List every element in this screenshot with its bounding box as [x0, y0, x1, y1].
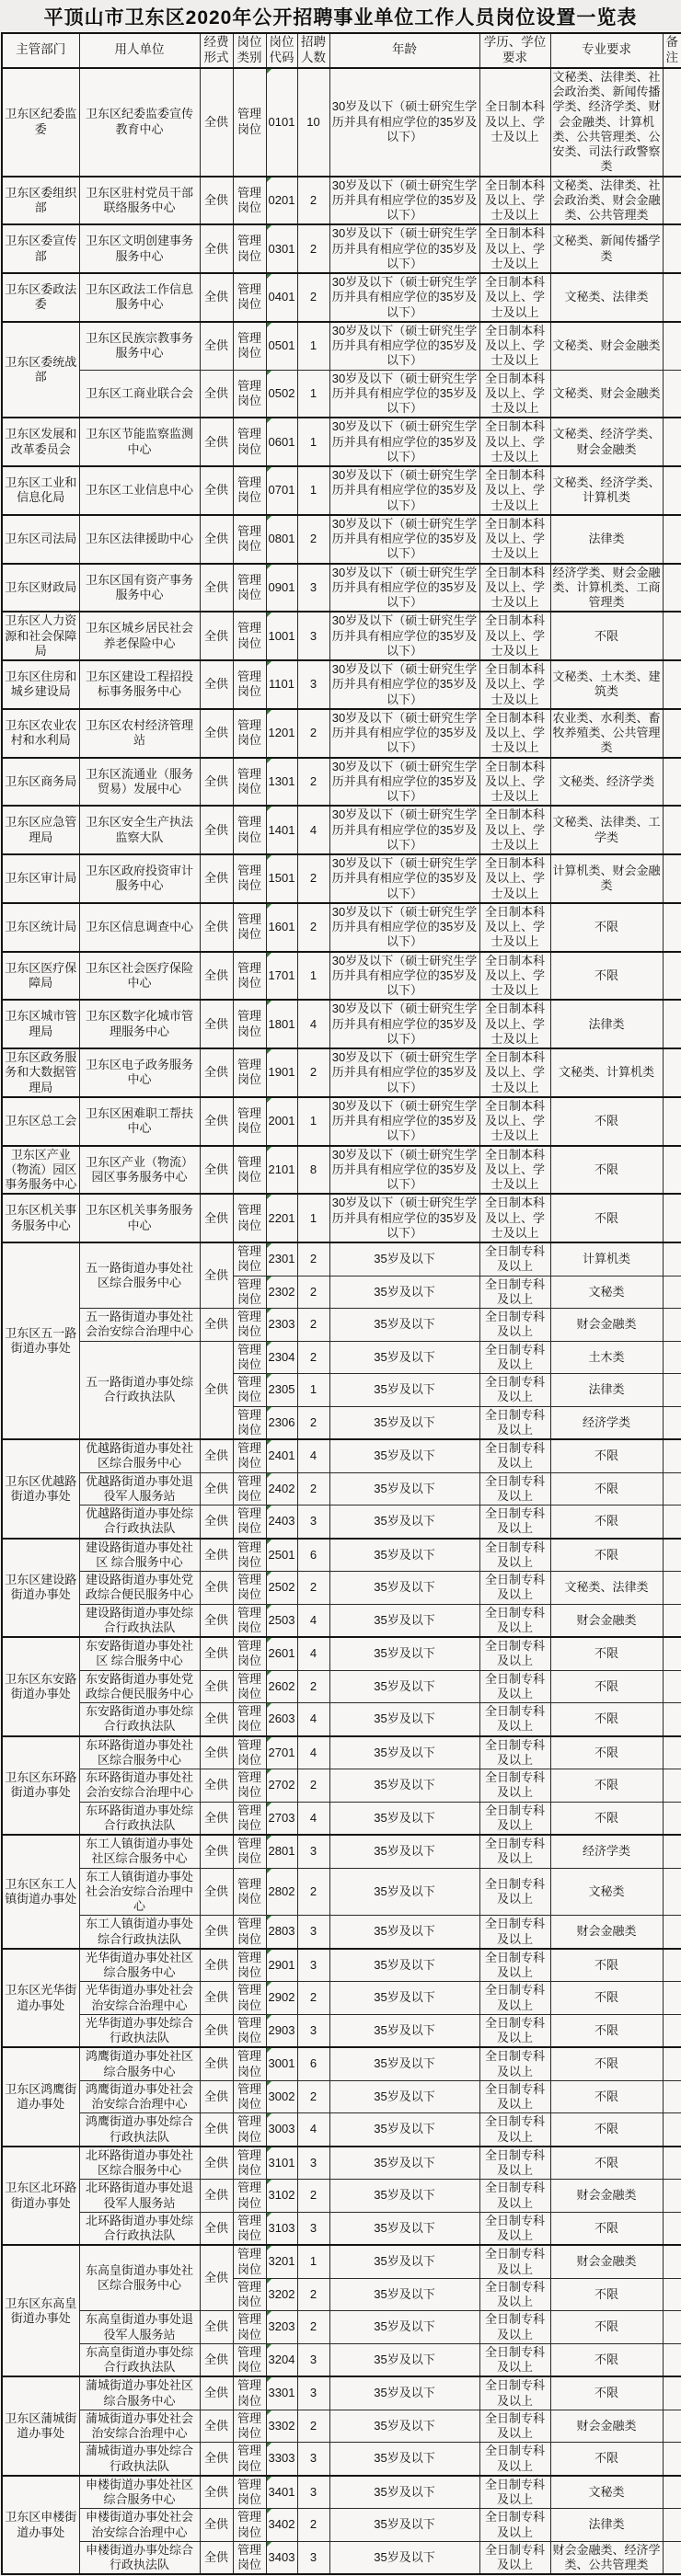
- note-cell: [663, 2180, 681, 2213]
- unit-cell: 卫东区文明创建事务服务中心: [79, 224, 200, 273]
- unit-cell: 东工人镇街道办事处社会治安综合治理中心: [79, 1868, 200, 1916]
- education-cell: 全日制专科及以上: [479, 1769, 550, 1803]
- major-cell: 文秘类、经济学类、财会金融类: [550, 418, 663, 466]
- table-row: 卫东区机关事务服务中心卫东区机关事务服务中心全供管理岗位2201130岁及以下（…: [2, 1194, 681, 1242]
- funding-cell: 全供: [200, 612, 233, 660]
- age-cell: 30岁及以下（硕士研究生学历并具有相应学位的35岁及以下）: [329, 952, 479, 1001]
- code-cell: 2903: [266, 2014, 297, 2047]
- note-cell: [663, 1539, 681, 1572]
- category-cell: 管理岗位: [233, 2376, 266, 2410]
- funding-cell: 全供: [200, 370, 233, 418]
- unit-cell: 卫东区机关事务服务中心: [79, 1194, 200, 1242]
- note-cell: [663, 1000, 681, 1048]
- category-cell: 管理岗位: [233, 1670, 266, 1703]
- category-cell: 管理岗位: [233, 1146, 266, 1195]
- major-cell: 不限: [550, 2212, 663, 2245]
- note-cell: [663, 1982, 681, 2015]
- note-cell: [663, 1276, 681, 1309]
- education-cell: 全日制专科及以上: [479, 1242, 550, 1276]
- major-cell: 不限: [550, 1802, 663, 1835]
- age-cell: 35岁及以下: [329, 1309, 479, 1342]
- unit-cell: 申楼街道办事处社会治安综合治理中心: [79, 2509, 200, 2542]
- unit-cell: 优越路街道办事处综合行政执法队: [79, 1506, 200, 1539]
- education-cell: 全日制本科及以上、学士及以上: [479, 564, 550, 613]
- table-row: 卫东区东环路街道办事处东环路街道办事处社区综合服务中心全供管理岗位2701435…: [2, 1736, 681, 1769]
- funding-cell: 全供: [200, 1341, 233, 1439]
- age-cell: 35岁及以下: [329, 1572, 479, 1605]
- code-cell: 2001: [266, 1097, 297, 1146]
- table-row: 卫东区鸿鹰街道办事处鸿鹰街道办事处社区综合服务中心全供管理岗位3001635岁及…: [2, 2047, 681, 2080]
- major-cell: 文秘类、经济学类: [550, 758, 663, 807]
- major-cell: 财会金融类: [550, 1916, 663, 1949]
- table-row: 优越路街道办事处综合行政执法队全供管理岗位2403335岁及以下全日制专科及以上…: [2, 1506, 681, 1539]
- note-cell: [663, 1048, 681, 1097]
- count-cell: 1: [297, 1194, 329, 1242]
- count-cell: 4: [297, 1637, 329, 1670]
- table-row: 东工人镇街道办事处社会治安综合治理中心全供管理岗位2802235岁及以下全日制专…: [2, 1868, 681, 1916]
- note-cell: [663, 1769, 681, 1803]
- code-cell: 0601: [266, 418, 297, 466]
- count-cell: 3: [297, 564, 329, 613]
- major-cell: 不限: [550, 1703, 663, 1736]
- excel-flag-icon: [267, 855, 271, 860]
- education-cell: 全日制本科及以上、学士及以上: [479, 322, 550, 370]
- department-cell: 卫东区农业农村和水利局: [2, 709, 79, 758]
- count-cell: 3: [297, 1916, 329, 1949]
- table-row: 卫东区应急管理局卫东区安全生产执法监察大队全供管理岗位1401430岁及以下（硕…: [2, 806, 681, 854]
- funding-cell: 全供: [200, 1637, 233, 1670]
- education-cell: 全日制本科及以上、学士及以上: [479, 1194, 550, 1242]
- education-cell: 全日制专科及以上: [479, 2080, 550, 2113]
- unit-cell: 光华街道办事处综合行政执法队: [79, 2014, 200, 2047]
- excel-flag-icon: [267, 1195, 271, 1199]
- major-cell: 不限: [550, 1506, 663, 1539]
- funding-cell: 全供: [200, 1916, 233, 1949]
- code-cell: 0501: [266, 322, 297, 370]
- excel-flag-icon: [267, 807, 271, 811]
- major-cell: 不限: [550, 1982, 663, 2015]
- count-cell: 2: [297, 1572, 329, 1605]
- category-cell: 管理岗位: [233, 564, 266, 613]
- department-cell: 卫东区鸿鹰街道办事处: [2, 2047, 79, 2147]
- note-cell: [663, 952, 681, 1001]
- code-cell: 3102: [266, 2180, 297, 2213]
- count-cell: 2: [297, 1406, 329, 1439]
- funding-cell: 全供: [200, 2376, 233, 2410]
- major-cell: 文秘类、计算机类: [550, 1048, 663, 1097]
- major-cell: 财会金融类、经济学类、公共管理类: [550, 2541, 663, 2574]
- age-cell: 30岁及以下（硕士研究生学历并具有相应学位的35岁及以下）: [329, 1097, 479, 1146]
- category-cell: 管理岗位: [233, 1604, 266, 1637]
- education-cell: 全日制专科及以上: [479, 2212, 550, 2245]
- education-cell: 全日制专科及以上: [479, 2541, 550, 2574]
- funding-cell: 全供: [200, 1604, 233, 1637]
- education-cell: 全日制专科及以上: [479, 2311, 550, 2344]
- excel-flag-icon: [267, 418, 271, 423]
- category-cell: 管理岗位: [233, 903, 266, 952]
- table-row: 鸿鹰街道办事处综合行政执法队全供管理岗位3003435岁及以下全日制专科及以上不…: [2, 2113, 681, 2147]
- excel-flag-icon: [267, 274, 271, 279]
- code-cell: 0801: [266, 515, 297, 564]
- education-cell: 全日制专科及以上: [479, 1637, 550, 1670]
- funding-cell: 全供: [200, 1670, 233, 1703]
- note-cell: [663, 68, 681, 177]
- major-cell: 文秘类、新闻传播学类: [550, 224, 663, 273]
- note-cell: [663, 709, 681, 758]
- age-cell: 35岁及以下: [329, 1276, 479, 1309]
- funding-cell: 全供: [200, 1506, 233, 1539]
- department-cell: 卫东区总工会: [2, 1097, 79, 1146]
- code-cell: 0502: [266, 370, 297, 418]
- major-cell: 计算机类、财会金融类: [550, 854, 663, 903]
- unit-cell: 东环路街道办事处社会治安综合治理中心: [79, 1769, 200, 1803]
- major-cell: 不限: [550, 952, 663, 1001]
- age-cell: 35岁及以下: [329, 2014, 479, 2047]
- note-cell: [663, 1949, 681, 1982]
- excel-flag-icon: [267, 1605, 271, 1609]
- major-cell: 不限: [550, 2443, 663, 2476]
- unit-cell: 卫东区信息调查中心: [79, 903, 200, 952]
- excel-flag-icon: [267, 177, 271, 182]
- education-cell: 全日制专科及以上: [479, 1506, 550, 1539]
- major-cell: 文秘类: [550, 1868, 663, 1916]
- table-row: 北环路街道办事处综合行政执法队全供管理岗位3103335岁及以下全日制专科及以上…: [2, 2212, 681, 2245]
- code-cell: 0901: [266, 564, 297, 613]
- age-cell: 35岁及以下: [329, 1604, 479, 1637]
- column-header-funding: 经费形式: [200, 33, 233, 68]
- funding-cell: 全供: [200, 322, 233, 370]
- note-cell: [663, 322, 681, 370]
- table-row: 卫东区城市管理局卫东区数字化城市管理服务中心全供管理岗位1801430岁及以下（…: [2, 1000, 681, 1048]
- age-cell: 30岁及以下（硕士研究生学历并具有相应学位的35岁及以下）: [329, 612, 479, 660]
- major-cell: 文秘类、财会金融类: [550, 322, 663, 370]
- code-cell: 0701: [266, 466, 297, 515]
- category-cell: 管理岗位: [233, 1802, 266, 1835]
- count-cell: 3: [297, 2376, 329, 2410]
- unit-cell: 五一路街道办事处社区综合服务中心: [79, 1242, 200, 1309]
- age-cell: 35岁及以下: [329, 1670, 479, 1703]
- code-cell: 2302: [266, 1276, 297, 1309]
- excel-flag-icon: [267, 904, 271, 909]
- note-cell: [663, 2113, 681, 2147]
- major-cell: 不限: [550, 2311, 663, 2344]
- department-cell: 卫东区司法局: [2, 515, 79, 564]
- education-cell: 全日制专科及以上: [479, 1835, 550, 1868]
- category-cell: 管理岗位: [233, 1916, 266, 1949]
- note-cell: [663, 1439, 681, 1472]
- code-cell: 2502: [266, 1572, 297, 1605]
- education-cell: 全日制本科及以上、学士及以上: [479, 273, 550, 322]
- funding-cell: 全供: [200, 224, 233, 273]
- category-cell: 管理岗位: [233, 2147, 266, 2180]
- table-row: 卫东区审计局卫东区政府投资审计服务中心全供管理岗位1501230岁及以下（硕士研…: [2, 854, 681, 903]
- excel-flag-icon: [267, 2113, 271, 2118]
- table-row: 卫东区政务服务和大数据管理局卫东区电子政务服务中心全供管理岗位1901230岁及…: [2, 1048, 681, 1097]
- count-cell: 3: [297, 660, 329, 709]
- excel-flag-icon: [267, 1374, 271, 1379]
- note-cell: [663, 370, 681, 418]
- category-cell: 管理岗位: [233, 1637, 266, 1670]
- note-cell: [663, 1736, 681, 1769]
- category-cell: 管理岗位: [233, 177, 266, 225]
- count-cell: 4: [297, 1604, 329, 1637]
- category-cell: 管理岗位: [233, 1000, 266, 1048]
- funding-cell: 全供: [200, 2343, 233, 2376]
- education-cell: 全日制本科及以上、学士及以上: [479, 515, 550, 564]
- funding-cell: 全供: [200, 709, 233, 758]
- funding-cell: 全供: [200, 418, 233, 466]
- table-row: 申楼街道办事处社会治安综合治理中心全供管理岗位3402235岁及以下全日制专科及…: [2, 2509, 681, 2542]
- excel-flag-icon: [267, 2213, 271, 2217]
- count-cell: 2: [297, 1309, 329, 1342]
- funding-cell: 全供: [200, 1769, 233, 1803]
- count-cell: 3: [297, 2343, 329, 2376]
- major-cell: 财会金融类: [550, 2180, 663, 2213]
- funding-cell: 全供: [200, 1703, 233, 1736]
- unit-cell: 光华街道办事处社区综合服务中心: [79, 1949, 200, 1982]
- unit-cell: 卫东区建设工程招投标事务服务中心: [79, 660, 200, 709]
- note-cell: [663, 660, 681, 709]
- count-cell: 2: [297, 1341, 329, 1374]
- code-cell: 2701: [266, 1736, 297, 1769]
- category-cell: 管理岗位: [233, 1769, 266, 1803]
- category-cell: 管理岗位: [233, 1194, 266, 1242]
- count-cell: 1: [297, 2245, 329, 2278]
- excel-flag-icon: [267, 2477, 271, 2481]
- code-cell: 2304: [266, 1341, 297, 1374]
- excel-flag-icon: [267, 2542, 271, 2547]
- code-cell: 2303: [266, 1309, 297, 1342]
- major-cell: 不限: [550, 2343, 663, 2376]
- funding-cell: 全供: [200, 1194, 233, 1242]
- major-cell: 文秘类、财会金融类: [550, 370, 663, 418]
- funding-cell: 全供: [200, 1439, 233, 1472]
- count-cell: 2: [297, 1472, 329, 1506]
- table-row: 卫东区申楼街道办事处申楼街道办事处社区综合服务中心全供管理岗位3401335岁及…: [2, 2476, 681, 2509]
- unit-cell: 申楼街道办事处综合行政执法队: [79, 2541, 200, 2574]
- table-row: 五一路街道办事处综合行政执法队全供管理岗位2304235岁及以下全日制专科及以上…: [2, 1341, 681, 1374]
- major-cell: 计算机类: [550, 1242, 663, 1276]
- excel-flag-icon: [267, 2509, 271, 2513]
- count-cell: 2: [297, 2410, 329, 2443]
- department-cell: 卫东区东工人镇街道办事处: [2, 1835, 79, 1949]
- code-cell: 2201: [266, 1194, 297, 1242]
- table-row: 卫东区北环路街道办事处北环路街道办事处社区综合服务中心全供管理岗位3101335…: [2, 2147, 681, 2180]
- count-cell: 2: [297, 2509, 329, 2542]
- category-cell: 管理岗位: [233, 1341, 266, 1374]
- table-row: 优越路街道办事处退役军人服务站全供管理岗位2402235岁及以下全日制专科及以上…: [2, 1472, 681, 1506]
- age-cell: 35岁及以下: [329, 2476, 479, 2509]
- code-cell: 1701: [266, 952, 297, 1001]
- count-cell: 3: [297, 2541, 329, 2574]
- unit-cell: 东工人镇街道办事处综合行政执法队: [79, 1916, 200, 1949]
- department-cell: 卫东区工业和信息化局: [2, 466, 79, 515]
- major-cell: 文秘类、法律类、工学类: [550, 806, 663, 854]
- table-row: 卫东区委组织部卫东区驻村党员干部联络服务中心全供管理岗位0201230岁及以下（…: [2, 177, 681, 225]
- code-cell: 0401: [266, 273, 297, 322]
- department-cell: 卫东区政务服务和大数据管理局: [2, 1048, 79, 1097]
- note-cell: [663, 1472, 681, 1506]
- category-cell: 管理岗位: [233, 2410, 266, 2443]
- age-cell: 35岁及以下: [329, 2113, 479, 2147]
- note-cell: [663, 2047, 681, 2080]
- table-row: 光华街道办事处社会治安综合治理中心全供管理岗位2902235岁及以下全日制专科及…: [2, 1982, 681, 2015]
- code-cell: 3402: [266, 2509, 297, 2542]
- code-cell: 3201: [266, 2245, 297, 2278]
- count-cell: 1: [297, 418, 329, 466]
- unit-cell: 鸿鹰街道办事处综合行政执法队: [79, 2113, 200, 2147]
- excel-flag-icon: [267, 953, 271, 957]
- funding-cell: 全供: [200, 2080, 233, 2113]
- category-cell: 管理岗位: [233, 2047, 266, 2080]
- age-cell: 35岁及以下: [329, 2047, 479, 2080]
- category-cell: 管理岗位: [233, 1835, 266, 1868]
- education-cell: 全日制专科及以上: [479, 1472, 550, 1506]
- table-row: 卫东区人力资源和社会保障局卫东区城乡居民社会养老保险中心全供管理岗位100133…: [2, 612, 681, 660]
- note-cell: [663, 1604, 681, 1637]
- category-cell: 管理岗位: [233, 2180, 266, 2213]
- table-row: 卫东区农业农村和水利局卫东区农村经济管理站全供管理岗位1201230岁及以下（硕…: [2, 709, 681, 758]
- unit-cell: 东高皇街道办事处社区综合服务中心: [79, 2245, 200, 2311]
- major-cell: 文秘类: [550, 1276, 663, 1309]
- unit-cell: 优越路街道办事处退役军人服务站: [79, 1472, 200, 1506]
- unit-cell: 鸿鹰街道办事处社区综合服务中心: [79, 2047, 200, 2080]
- major-cell: 土木类: [550, 1341, 663, 1374]
- education-cell: 全日制专科及以上: [479, 1276, 550, 1309]
- age-cell: 35岁及以下: [329, 2541, 479, 2574]
- unit-cell: 北环路街道办事处退役军人服务站: [79, 2180, 200, 2213]
- age-cell: 35岁及以下: [329, 2410, 479, 2443]
- note-cell: [663, 177, 681, 225]
- code-cell: 3002: [266, 2080, 297, 2113]
- excel-flag-icon: [267, 1638, 271, 1643]
- age-cell: 35岁及以下: [329, 1374, 479, 1407]
- education-cell: 全日制专科及以上: [479, 1949, 550, 1982]
- department-cell: 卫东区委统战部: [2, 322, 79, 418]
- unit-cell: 东高皇街道办事处退役军人服务站: [79, 2311, 200, 2344]
- code-cell: 0301: [266, 224, 297, 273]
- code-cell: 3203: [266, 2311, 297, 2344]
- department-cell: 卫东区东高皇街道办事处: [2, 2245, 79, 2376]
- code-cell: 2301: [266, 1242, 297, 1276]
- note-cell: [663, 1670, 681, 1703]
- code-cell: 3204: [266, 2343, 297, 2376]
- code-cell: 2403: [266, 1506, 297, 1539]
- category-cell: 管理岗位: [233, 1097, 266, 1146]
- category-cell: 管理岗位: [233, 273, 266, 322]
- department-cell: 卫东区委宣传部: [2, 224, 79, 273]
- education-cell: 全日制本科及以上、学士及以上: [479, 903, 550, 952]
- age-cell: 35岁及以下: [329, 1341, 479, 1374]
- unit-cell: 申楼街道办事处社区综合服务中心: [79, 2476, 200, 2509]
- column-header-unit: 用人单位: [79, 33, 200, 68]
- table-row: 卫东区产业（物流）园区事务服务中心卫东区产业（物流）园区事务服务中心全供管理岗位…: [2, 1146, 681, 1195]
- funding-cell: 全供: [200, 466, 233, 515]
- table-row: 东安路街道办事处综合行政执法队全供管理岗位2603435岁及以下全日制专科及以上…: [2, 1703, 681, 1736]
- major-cell: 不限: [550, 903, 663, 952]
- count-cell: 2: [297, 758, 329, 807]
- note-cell: [663, 1506, 681, 1539]
- department-cell: 卫东区东安路街道办事处: [2, 1637, 79, 1736]
- major-cell: 农业类、水利类、畜牧养殖类、公共管理类: [550, 709, 663, 758]
- excel-flag-icon: [267, 2344, 271, 2349]
- table-row: 卫东区医疗保障局卫东区社会医疗保险中心全供管理岗位1701130岁及以下（硕士研…: [2, 952, 681, 1001]
- education-cell: 全日制专科及以上: [479, 1736, 550, 1769]
- unit-cell: 卫东区国有资产事务服务中心: [79, 564, 200, 613]
- count-cell: 1: [297, 466, 329, 515]
- funding-cell: 全供: [200, 1146, 233, 1195]
- age-cell: 30岁及以下（硕士研究生学历并具有相应学位的35岁及以下）: [329, 466, 479, 515]
- unit-cell: 东工人镇街道办事处社区综合服务中心: [79, 1835, 200, 1868]
- funding-cell: 全供: [200, 2443, 233, 2476]
- code-cell: 2801: [266, 1835, 297, 1868]
- count-cell: 2: [297, 224, 329, 273]
- note-cell: [663, 564, 681, 613]
- note-cell: [663, 2212, 681, 2245]
- funding-cell: 全供: [200, 1736, 233, 1769]
- unit-cell: 北环路街道办事处综合行政执法队: [79, 2212, 200, 2245]
- funding-cell: 全供: [200, 1539, 233, 1572]
- age-cell: 35岁及以下: [329, 2311, 479, 2344]
- table-row: 建设路街道办事处综合行政执法队全供管理岗位2503435岁及以下全日制专科及以上…: [2, 1604, 681, 1637]
- major-cell: 财会金融类: [550, 2245, 663, 2278]
- age-cell: 35岁及以下: [329, 1472, 479, 1506]
- excel-flag-icon: [267, 759, 271, 763]
- department-cell: 卫东区优越路街道办事处: [2, 1439, 79, 1539]
- department-cell: 卫东区北环路街道办事处: [2, 2147, 79, 2246]
- excel-flag-icon: [267, 2015, 271, 2020]
- count-cell: 4: [297, 1439, 329, 1472]
- note-cell: [663, 2476, 681, 2509]
- major-cell: 不限: [550, 1736, 663, 1769]
- count-cell: 2: [297, 1868, 329, 1916]
- major-cell: 文秘类、法律类: [550, 273, 663, 322]
- funding-cell: 全供: [200, 1572, 233, 1605]
- education-cell: 全日制专科及以上: [479, 2376, 550, 2410]
- column-header-department: 主管部门: [2, 33, 79, 68]
- age-cell: 35岁及以下: [329, 1868, 479, 1916]
- note-cell: [663, 2278, 681, 2311]
- excel-flag-icon: [267, 1737, 271, 1742]
- excel-flag-icon: [267, 565, 271, 569]
- note-cell: [663, 758, 681, 807]
- note-cell: [663, 854, 681, 903]
- funding-cell: 全供: [200, 2541, 233, 2574]
- category-cell: 管理岗位: [233, 2245, 266, 2278]
- major-cell: 不限: [550, 2014, 663, 2047]
- note-cell: [663, 903, 681, 952]
- education-cell: 全日制专科及以上: [479, 1802, 550, 1835]
- excel-flag-icon: [267, 1869, 271, 1873]
- department-cell: 卫东区发展和改革委员会: [2, 418, 79, 466]
- note-cell: [663, 224, 681, 273]
- major-cell: 不限: [550, 2278, 663, 2311]
- funding-cell: 全供: [200, 2410, 233, 2443]
- education-cell: 全日制专科及以上: [479, 2476, 550, 2509]
- major-cell: 不限: [550, 2113, 663, 2147]
- funding-cell: 全供: [200, 2047, 233, 2080]
- major-cell: 财会金融类: [550, 1309, 663, 1342]
- funding-cell: 全供: [200, 1309, 233, 1342]
- category-cell: 管理岗位: [233, 370, 266, 418]
- education-cell: 全日制本科及以上、学士及以上: [479, 418, 550, 466]
- category-cell: 管理岗位: [233, 2509, 266, 2542]
- category-cell: 管理岗位: [233, 1868, 266, 1916]
- category-cell: 管理岗位: [233, 1048, 266, 1097]
- count-cell: 1: [297, 370, 329, 418]
- major-cell: 不限: [550, 2080, 663, 2113]
- table-row: 鸿鹰街道办事处社会治安综合治理中心全供管理岗位3002235岁及以下全日制专科及…: [2, 2080, 681, 2113]
